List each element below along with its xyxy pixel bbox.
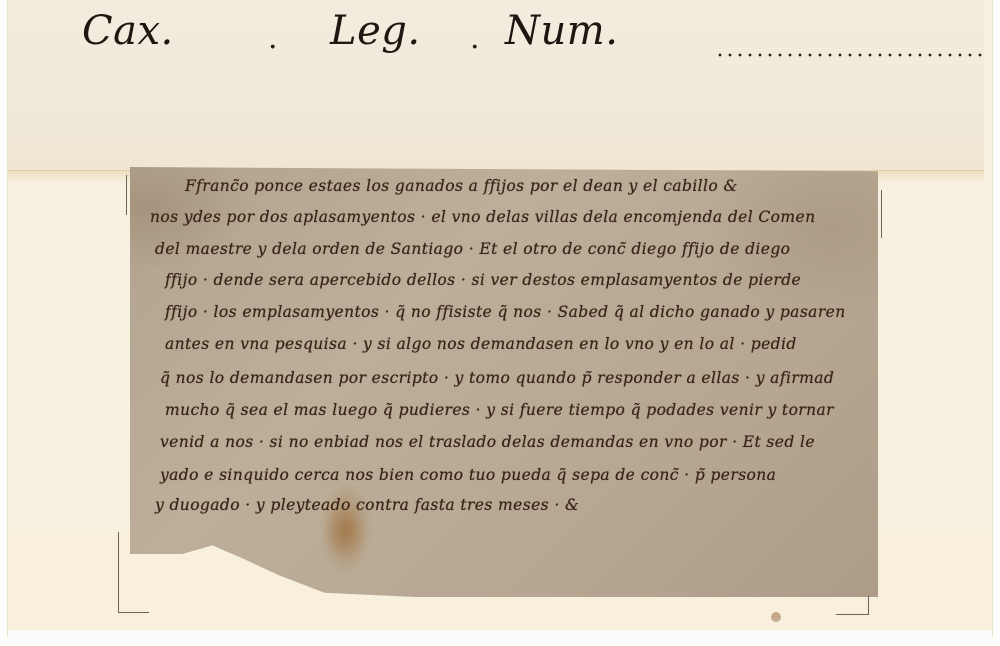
header-box-label: Cax. xyxy=(82,8,174,54)
scan-bottom-margin xyxy=(8,630,992,646)
header-number-label: Num. xyxy=(505,8,618,54)
header-number-dotted-line xyxy=(715,52,987,58)
corner-mount-mark xyxy=(118,532,149,613)
corner-mount-mark xyxy=(836,596,869,615)
edge-mount-mark xyxy=(877,190,882,238)
ink-spot xyxy=(771,612,781,622)
header-bundle-label: Leg. xyxy=(330,8,421,54)
header-separator: · xyxy=(470,30,480,65)
edge-mount-mark xyxy=(126,175,131,215)
header-separator: · xyxy=(268,30,278,65)
